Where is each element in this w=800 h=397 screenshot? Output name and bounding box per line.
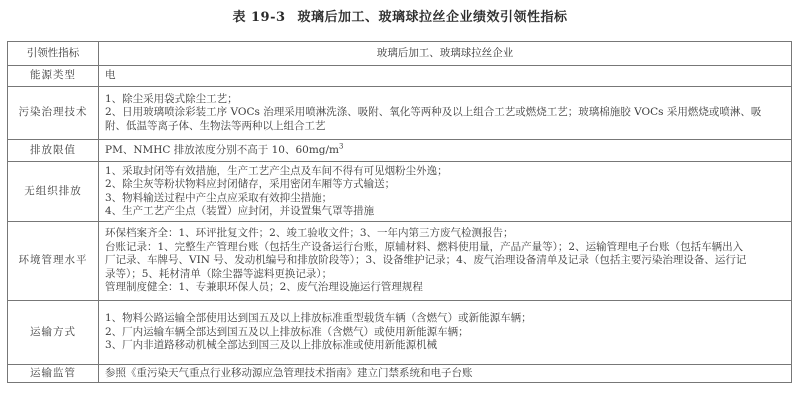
content-line: 电 <box>105 69 785 83</box>
row-label: 能源类型 <box>8 66 99 87</box>
content-line: 3、厂内非道路移动机械全部达到国三及以上排放标准或使用新能源机械 <box>105 339 785 353</box>
row-label: 运输方式 <box>8 301 99 365</box>
table-row-transport-supervision: 运输监管 参照《重污染天气重点行业移动源应急管理技术指南》建立门禁系统和电子台账 <box>8 365 792 383</box>
table-caption: 表 19-3玻璃后加工、玻璃球拉丝企业绩效引领性指标 <box>0 10 800 26</box>
table-row-transport-mode: 运输方式 1、物料公路运输全部使用达到国五及以上排放标准重型载货车辆（含燃气）或… <box>8 301 792 365</box>
row-label: 运输监管 <box>8 365 99 383</box>
content-line: 1、除尘采用袋式除尘工艺； <box>105 93 785 107</box>
content-line: 参照《重污染天气重点行业移动源应急管理技术指南》建立门禁系统和电子台账 <box>105 367 785 381</box>
row-content: 1、除尘采用袋式除尘工艺； 2、日用玻璃喷涂彩装工序 VOCs 治理采用喷淋洗涤… <box>99 87 792 140</box>
table-row-env-management: 环境管理水平 环保档案齐全：1、环评批复文件；2、竣工验收文件；3、一年内第三方… <box>8 222 792 301</box>
content-line: 附、低温等离子体、生物法等两种以上组合工艺 <box>105 120 785 134</box>
indicator-table: 引领性指标 玻璃后加工、玻璃球拉丝企业 能源类型 电 污染治理技术 1、除尘采用… <box>7 41 792 383</box>
content-line: 2、除尘灰等粉状物料应封闭储存，采用密闭车厢等方式输送； <box>105 178 785 192</box>
table-row-fugitive-emission: 无组织排放 1、采取封闭等有效措施，生产工艺产尘点及车间不得有可见烟粉尘外逸； … <box>8 162 792 222</box>
content-line: 厂记录、车牌号、VIN 号、发动机编号和排放阶段等）；3、设备维护记录；4、废气… <box>105 254 785 268</box>
content-line: PM、NMHC 排放浓度分别不高于 10、60mg/m3 <box>105 144 785 158</box>
content-line: 录等）；5、耗材清单（除尘器等滤料更换记录）； <box>105 268 785 282</box>
content-line: 4、生产工艺产尘点（装置）应封闭，并设置集气罩等措施 <box>105 205 785 219</box>
content-line: 台账记录：1、完整生产管理台账（包括生产设备运行台账，原辅材料、燃料使用量，产品… <box>105 241 785 255</box>
content-line: 2、日用玻璃喷涂彩装工序 VOCs 治理采用喷淋洗涤、吸附、氧化等两种及以上组合… <box>105 106 785 120</box>
row-label: 污染治理技术 <box>8 87 99 140</box>
table-row-pollution-control: 污染治理技术 1、除尘采用袋式除尘工艺； 2、日用玻璃喷涂彩装工序 VOCs 治… <box>8 87 792 140</box>
content-line: 1、采取封闭等有效措施，生产工艺产尘点及车间不得有可见烟粉尘外逸； <box>105 165 785 179</box>
table-header-row: 引领性指标 玻璃后加工、玻璃球拉丝企业 <box>8 42 792 66</box>
table-title: 玻璃后加工、玻璃球拉丝企业绩效引领性指标 <box>298 10 568 25</box>
row-content: 参照《重污染天气重点行业移动源应急管理技术指南》建立门禁系统和电子台账 <box>99 365 792 383</box>
superscript: 3 <box>339 142 343 150</box>
row-content: 电 <box>99 66 792 87</box>
row-label: 排放限值 <box>8 140 99 162</box>
content-line: 管理制度健全：1、专兼职环保人员；2、废气治理设施运行管理规程 <box>105 281 785 295</box>
row-content: PM、NMHC 排放浓度分别不高于 10、60mg/m3 <box>99 140 792 162</box>
row-label: 无组织排放 <box>8 162 99 222</box>
header-indicator: 引领性指标 <box>8 42 99 66</box>
row-content: 环保档案齐全：1、环评批复文件；2、竣工验收文件；3、一年内第三方废气检测报告；… <box>99 222 792 301</box>
content-line: 环保档案齐全：1、环评批复文件；2、竣工验收文件；3、一年内第三方废气检测报告； <box>105 227 785 241</box>
row-content: 1、物料公路运输全部使用达到国五及以上排放标准重型载货车辆（含燃气）或新能源车辆… <box>99 301 792 365</box>
row-content: 1、采取封闭等有效措施，生产工艺产尘点及车间不得有可见烟粉尘外逸； 2、除尘灰等… <box>99 162 792 222</box>
content-line: 1、物料公路运输全部使用达到国五及以上排放标准重型载货车辆（含燃气）或新能源车辆… <box>105 312 785 326</box>
header-enterprise: 玻璃后加工、玻璃球拉丝企业 <box>99 42 792 66</box>
table-number: 表 19-3 <box>232 10 285 25</box>
content-line: 2、厂内运输车辆全部达到国五及以上排放标准（含燃气）或使用新能源车辆； <box>105 326 785 340</box>
row-label: 环境管理水平 <box>8 222 99 301</box>
emission-limit-text: PM、NMHC 排放浓度分别不高于 10、60mg/m <box>105 144 339 156</box>
content-line: 3、物料输送过程中产尘点应采取有效抑尘措施； <box>105 192 785 206</box>
table-row-emission-limit: 排放限值 PM、NMHC 排放浓度分别不高于 10、60mg/m3 <box>8 140 792 162</box>
table-row-energy-type: 能源类型 电 <box>8 66 792 87</box>
